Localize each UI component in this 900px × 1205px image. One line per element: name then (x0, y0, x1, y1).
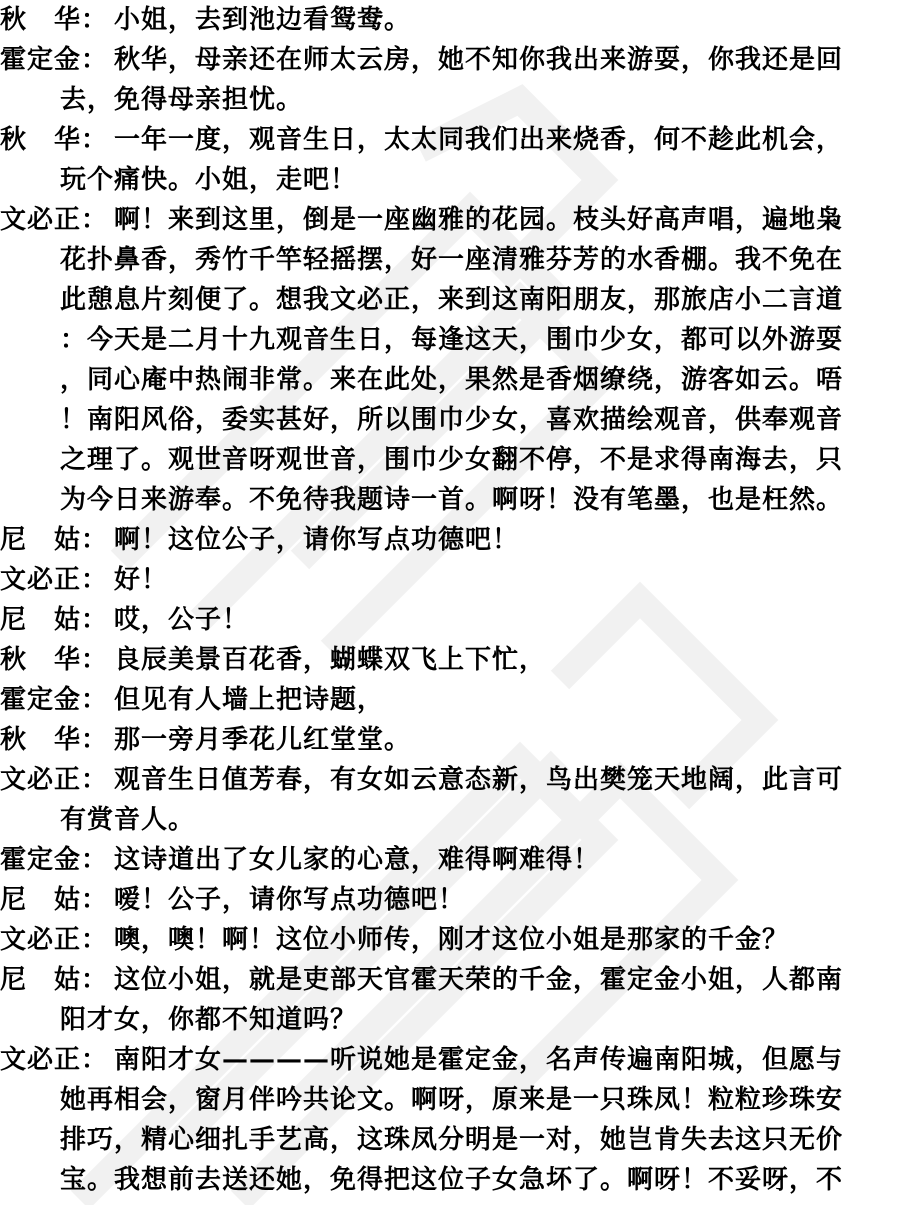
dialogue-continuation-line: 阳才女，你都不知道吗？ (0, 1000, 900, 1040)
dialogue-text: 嗳！公子，请你写点功德吧！ (114, 885, 465, 915)
speaker-name: 文必正： (0, 920, 114, 960)
dialogue-text: 阳才女，你都不知道吗？ (60, 1005, 357, 1035)
dialogue-continuation-line: 玩个痛快。小姐，走吧！ (0, 160, 900, 200)
speaker-name: 尼 姑： (0, 600, 114, 640)
speaker-name: 霍定金： (0, 680, 114, 720)
dialogue-line: 尼 姑：这位小姐，就是吏部天官霍天荣的千金，霍定金小姐，人都南 (0, 960, 900, 1000)
dialogue-text: 好！ (114, 565, 168, 595)
dialogue-line: 尼 姑：啊！这位公子，请你写点功德吧！ (0, 520, 900, 560)
dialogue-line: 霍定金：但见有人墙上把诗题， (0, 680, 900, 720)
dialogue-text: ：今天是二月十九观音生日，每逢这天，围巾少女，都可以外游耍 (60, 325, 843, 355)
dialogue-line: 秋 华：良辰美景百花香，蝴蝶双飞上下忙， (0, 640, 900, 680)
dialogue-text: 那一旁月季花儿红堂堂。 (114, 725, 411, 755)
dialogue-continuation-line: 之理了。观世音呀观世音，围巾少女翻不停，不是求得南海去，只 (0, 440, 900, 480)
dialogue-line: 文必正：好！ (0, 560, 900, 600)
dialogue-text: 噢，噢！啊！这位小师传，刚才这位小姐是那家的千金？ (114, 925, 789, 955)
dialogue-line: 文必正：啊！来到这里，倒是一座幽雅的花园。枝头好高声唱，遍地枭 (0, 200, 900, 240)
dialogue-text: 哎，公子！ (114, 605, 249, 635)
dialogue-continuation-line: ，同心庵中热闹非常。来在此处，果然是香烟缭绕，游客如云。唔 (0, 360, 900, 400)
speaker-name: 文必正： (0, 1040, 114, 1080)
speaker-name: 文必正： (0, 560, 114, 600)
dialogue-text: 啊！来到这里，倒是一座幽雅的花园。枝头好高声唱，遍地枭 (114, 205, 843, 235)
dialogue-text: 之理了。观世音呀观世音，围巾少女翻不停，不是求得南海去，只 (60, 445, 843, 475)
dialogue-line: 霍定金：秋华，母亲还在师太云房，她不知你我出来游耍，你我还是回 (0, 40, 900, 80)
speaker-name: 霍定金： (0, 840, 114, 880)
speaker-name: 秋 华： (0, 720, 114, 760)
dialogue-line: 秋 华：小姐，去到池边看鸳鸯。 (0, 0, 900, 40)
dialogue-text: ，同心庵中热闹非常。来在此处，果然是香烟缭绕，游客如云。唔 (60, 365, 843, 395)
dialogue-text: 良辰美景百花香，蝴蝶双飞上下忙， (114, 645, 546, 675)
dialogue-line: 文必正：噢，噢！啊！这位小师传，刚才这位小姐是那家的千金？ (0, 920, 900, 960)
dialogue-line: 尼 姑：嗳！公子，请你写点功德吧！ (0, 880, 900, 920)
dialogue-continuation-line: 为今日来游奉。不免待我题诗一首。啊呀！没有笔墨，也是枉然。 (0, 480, 900, 520)
dialogue-text: 这诗道出了女儿家的心意，难得啊难得！ (114, 845, 600, 875)
dialogue-text: 观音生日值芳春，有女如云意态新，鸟出樊笼天地阔，此言可 (114, 765, 843, 795)
dialogue-text: 一年一度，观音生日，太太同我们出来烧香，何不趁此机会， (114, 125, 843, 155)
dialogue-text: 啊！这位公子，请你写点功德吧！ (114, 525, 519, 555)
speaker-name: 霍定金： (0, 40, 114, 80)
dialogue-line: 秋 华：那一旁月季花儿红堂堂。 (0, 720, 900, 760)
dialogue-text: 为今日来游奉。不免待我题诗一首。啊呀！没有笔墨，也是枉然。 (60, 485, 843, 515)
dialogue-continuation-line: 排巧，精心细扎手艺高，这珠凤分明是一对，她岂肯失去这只无价 (0, 1120, 900, 1160)
dialogue-text: 但见有人墙上把诗题， (114, 685, 384, 715)
dialogue-line: 文必正：南阳才女————听说她是霍定金，名声传遍南阳城，但愿与 (0, 1040, 900, 1080)
dialogue-line: 尼 姑：哎，公子！ (0, 600, 900, 640)
dialogue-text: 宝。我想前去送还她，免得把这位子女急坏了。啊呀！不妥呀，不 (60, 1165, 843, 1195)
dialogue-text: 南阳才女————听说她是霍定金，名声传遍南阳城，但愿与 (114, 1045, 843, 1075)
dialogue-continuation-line: 去，免得母亲担忧。 (0, 80, 900, 120)
speaker-name: 尼 姑： (0, 960, 114, 1000)
speaker-name: 尼 姑： (0, 520, 114, 560)
dialogue-text: 玩个痛快。小姐，走吧！ (60, 165, 357, 195)
speaker-name: 文必正： (0, 760, 114, 800)
dialogue-text: 小姐，去到池边看鸳鸯。 (114, 5, 411, 35)
dialogue-text: ！南阳风俗，委实甚好，所以围巾少女，喜欢描绘观音，供奉观音 (60, 405, 843, 435)
dialogue-text: 有赏音人。 (60, 805, 195, 835)
dialogue-continuation-line: 有赏音人。 (0, 800, 900, 840)
dialogue-line: 文必正：观音生日值芳春，有女如云意态新，鸟出樊笼天地阔，此言可 (0, 760, 900, 800)
speaker-name: 秋 华： (0, 640, 114, 680)
speaker-name: 秋 华： (0, 0, 114, 40)
dialogue-line: 秋 华：一年一度，观音生日，太太同我们出来烧香，何不趁此机会， (0, 120, 900, 160)
dialogue-text: 她再相会，窗月伴吟共论文。啊呀，原来是一只珠凤！粒粒珍珠安 (60, 1085, 843, 1115)
dialogue-text: 此憩息片刻便了。想我文必正，来到这南阳朋友，那旅店小二言道 (60, 285, 843, 315)
dialogue-continuation-line: ！南阳风俗，委实甚好，所以围巾少女，喜欢描绘观音，供奉观音 (0, 400, 900, 440)
speaker-name: 文必正： (0, 200, 114, 240)
dialogue-line: 霍定金：这诗道出了女儿家的心意，难得啊难得！ (0, 840, 900, 880)
dialogue-text: 花扑鼻香，秀竹千竿轻摇摆，好一座清雅芬芳的水香棚。我不免在 (60, 245, 843, 275)
speaker-name: 秋 华： (0, 120, 114, 160)
dialogue-continuation-line: 她再相会，窗月伴吟共论文。啊呀，原来是一只珠凤！粒粒珍珠安 (0, 1080, 900, 1120)
dialogue-text: 去，免得母亲担忧。 (60, 85, 303, 115)
dialogue-text: 排巧，精心细扎手艺高，这珠凤分明是一对，她岂肯失去这只无价 (60, 1125, 843, 1155)
speaker-name: 尼 姑： (0, 880, 114, 920)
dialogue-continuation-line: 宝。我想前去送还她，免得把这位子女急坏了。啊呀！不妥呀，不 (0, 1160, 900, 1200)
script-page: 秋 华：小姐，去到池边看鸳鸯。霍定金：秋华，母亲还在师太云房，她不知你我出来游耍… (0, 0, 900, 1200)
dialogue-text: 这位小姐，就是吏部天官霍天荣的千金，霍定金小姐，人都南 (114, 965, 843, 995)
dialogue-continuation-line: ：今天是二月十九观音生日，每逢这天，围巾少女，都可以外游耍 (0, 320, 900, 360)
dialogue-continuation-line: 花扑鼻香，秀竹千竿轻摇摆，好一座清雅芬芳的水香棚。我不免在 (0, 240, 900, 280)
dialogue-text: 秋华，母亲还在师太云房，她不知你我出来游耍，你我还是回 (114, 45, 843, 75)
dialogue-continuation-line: 此憩息片刻便了。想我文必正，来到这南阳朋友，那旅店小二言道 (0, 280, 900, 320)
